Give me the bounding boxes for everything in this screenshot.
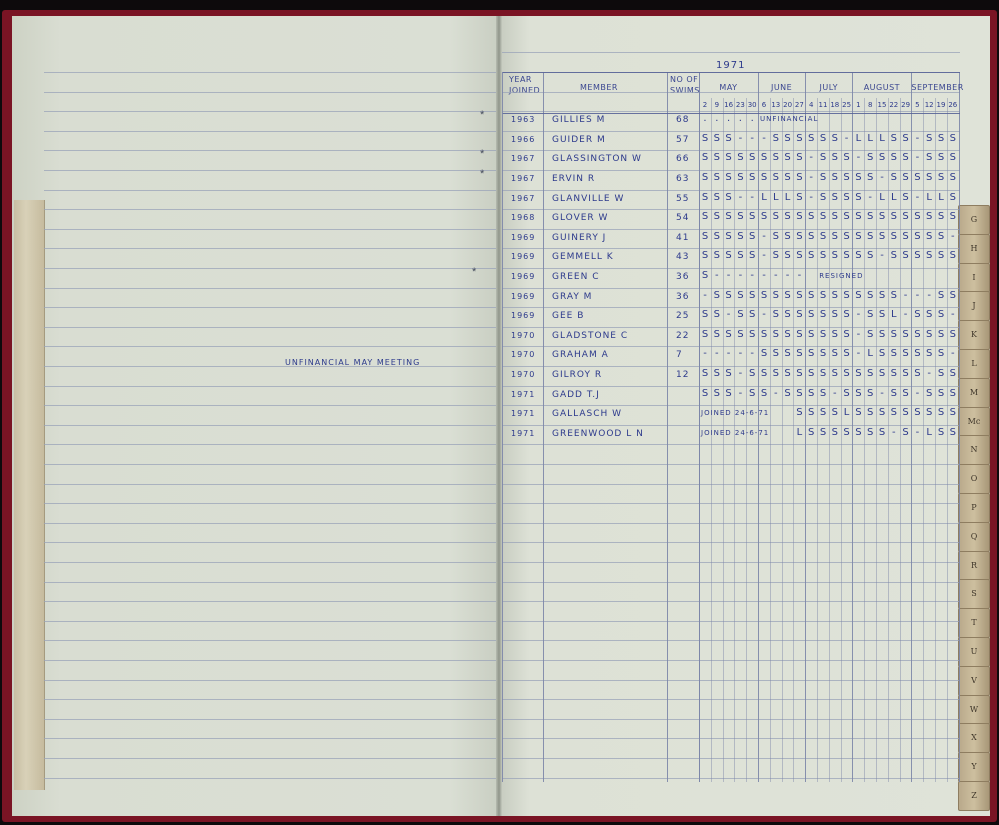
attendance-mark: S — [947, 172, 959, 183]
attendance-mark: S — [817, 231, 829, 242]
attendance-mark: S — [841, 388, 853, 399]
ruled-line — [502, 268, 960, 269]
attendance-mark: S — [935, 329, 947, 340]
attendance-mark: S — [923, 329, 935, 340]
year-joined: 1971 — [511, 429, 535, 438]
attendance-mark: S — [900, 231, 912, 242]
ruled-line — [44, 484, 496, 485]
date-label: 26 — [947, 101, 959, 109]
attendance-mark: S — [900, 211, 912, 222]
attendance-mark: S — [805, 231, 817, 242]
swim-count: 55 — [676, 194, 689, 204]
ruled-line — [502, 92, 960, 93]
ruled-line — [44, 229, 496, 230]
attendance-mark: S — [923, 250, 935, 261]
attendance-mark: S — [723, 152, 735, 163]
member-note: Joined 24-6-71 — [701, 429, 769, 437]
attendance-mark: S — [699, 329, 711, 340]
index-tab-v[interactable]: V — [958, 666, 990, 696]
ruled-line — [502, 52, 960, 53]
ruled-line — [44, 542, 496, 543]
attendance-mark: S — [782, 211, 794, 222]
attendance-mark: - — [770, 270, 782, 281]
attendance-mark: S — [864, 250, 876, 261]
swim-count: 22 — [676, 331, 689, 341]
attendance-mark: S — [876, 309, 888, 320]
member-name: Gillies M — [552, 115, 605, 125]
attendance-mark: - — [734, 270, 746, 281]
attendance-mark: S — [876, 368, 888, 379]
attendance-mark: S — [900, 250, 912, 261]
ruled-line — [44, 621, 496, 622]
ruled-line — [44, 170, 496, 171]
attendance-mark: S — [723, 250, 735, 261]
attendance-mark: S — [711, 290, 723, 301]
attendance-mark: - — [723, 348, 735, 359]
attendance-mark: S — [829, 211, 841, 222]
attendance-mark: S — [935, 231, 947, 242]
attendance-mark: - — [758, 270, 770, 281]
attendance-mark: S — [900, 192, 912, 203]
ruled-line — [502, 758, 960, 759]
swim-count: 54 — [676, 213, 689, 223]
attendance-mark: S — [699, 231, 711, 242]
attendance-mark: S — [734, 290, 746, 301]
attendance-mark: S — [841, 329, 853, 340]
attendance-mark: S — [793, 290, 805, 301]
attendance-mark: S — [947, 250, 959, 261]
attendance-mark: S — [782, 368, 794, 379]
date-label: 15 — [876, 101, 888, 109]
ruled-line — [502, 601, 960, 602]
ruled-line — [502, 425, 960, 426]
index-tab-mc[interactable]: Mc — [958, 407, 990, 437]
attendance-mark: S — [947, 290, 959, 301]
ledger-year: 1971 — [716, 60, 745, 71]
date-label: 19 — [935, 101, 947, 109]
attendance-mark: S — [829, 231, 841, 242]
attendance-mark: - — [746, 133, 758, 144]
grid-column-line — [543, 72, 544, 782]
attendance-mark: S — [900, 172, 912, 183]
attendance-mark: S — [829, 309, 841, 320]
index-tab-p[interactable]: P — [958, 493, 990, 523]
ruled-line — [44, 719, 496, 720]
attendance-mark: S — [935, 172, 947, 183]
attendance-mark: S — [852, 290, 864, 301]
attendance-mark: S — [841, 348, 853, 359]
attendance-mark: S — [793, 368, 805, 379]
attendance-mark: S — [852, 231, 864, 242]
attendance-mark: S — [699, 133, 711, 144]
member-name: Ervin R — [552, 174, 595, 184]
attendance-mark: S — [947, 427, 959, 438]
attendance-mark: S — [770, 172, 782, 183]
date-label: 2 — [699, 101, 711, 109]
ruled-line — [44, 327, 496, 328]
member-name: Gladstone C — [552, 331, 628, 341]
attendance-mark: S — [770, 231, 782, 242]
attendance-mark: S — [900, 427, 912, 438]
member-name: Glassington W — [552, 154, 642, 164]
attendance-mark: S — [841, 309, 853, 320]
attendance-mark: L — [864, 348, 876, 359]
date-label: 12 — [923, 101, 935, 109]
attendance-mark: - — [911, 133, 923, 144]
attendance-mark: S — [770, 290, 782, 301]
attendance-mark: S — [876, 329, 888, 340]
attendance-mark: S — [935, 152, 947, 163]
ruled-line — [44, 444, 496, 445]
attendance-mark: S — [711, 172, 723, 183]
attendance-mark: - — [947, 348, 959, 359]
attendance-mark: S — [734, 172, 746, 183]
ruled-line — [44, 778, 496, 779]
attendance-mark: S — [817, 348, 829, 359]
date-label: 16 — [723, 101, 735, 109]
year-joined: 1967 — [511, 154, 535, 163]
attendance-mark: S — [923, 407, 935, 418]
attendance-mark: - — [911, 290, 923, 301]
index-tab-r[interactable]: R — [958, 551, 990, 581]
year-joined: 1970 — [511, 370, 535, 379]
attendance-mark: S — [947, 388, 959, 399]
year-joined: 1968 — [511, 213, 535, 222]
attendance-mark: S — [841, 172, 853, 183]
ruled-line — [44, 131, 496, 132]
attendance-mark: S — [900, 152, 912, 163]
attendance-mark: S — [711, 309, 723, 320]
attendance-mark: S — [746, 152, 758, 163]
attendance-mark: S — [782, 388, 794, 399]
attendance-mark: S — [841, 152, 853, 163]
attendance-mark: S — [734, 309, 746, 320]
grid-column-line — [667, 72, 668, 782]
attendance-mark: - — [805, 192, 817, 203]
attendance-mark: S — [841, 211, 853, 222]
date-label: 6 — [758, 101, 770, 109]
member-note: Unfinancial — [760, 115, 818, 123]
attendance-mark: S — [852, 172, 864, 183]
swim-count: 7 — [676, 350, 683, 360]
year-joined: 1967 — [511, 174, 535, 183]
attendance-mark: - — [888, 427, 900, 438]
index-tab-i[interactable]: I — [958, 263, 990, 293]
ruled-line — [44, 464, 496, 465]
ruled-line — [502, 660, 960, 661]
attendance-mark: L — [923, 192, 935, 203]
attendance-mark: - — [876, 388, 888, 399]
date-label: 1 — [852, 101, 864, 109]
attendance-mark: S — [793, 348, 805, 359]
attendance-mark: - — [852, 348, 864, 359]
swim-count: 25 — [676, 311, 689, 321]
attendance-mark: S — [746, 231, 758, 242]
attendance-mark: - — [758, 250, 770, 261]
attendance-mark: S — [746, 329, 758, 340]
ruled-line — [502, 523, 960, 524]
ruled-line — [502, 131, 960, 132]
index-tab-z[interactable]: Z — [958, 781, 990, 811]
ruled-line — [502, 111, 960, 112]
attendance-mark: S — [888, 290, 900, 301]
attendance-mark: - — [876, 172, 888, 183]
attendance-mark: S — [852, 211, 864, 222]
attendance-mark: S — [817, 152, 829, 163]
index-tab-k[interactable]: K — [958, 320, 990, 350]
attendance-mark: S — [723, 290, 735, 301]
attendance-mark: S — [888, 407, 900, 418]
attendance-mark: L — [841, 407, 853, 418]
member-name: Greenwood L N — [552, 429, 644, 439]
attendance-mark: - — [805, 152, 817, 163]
index-tab-n[interactable]: N — [958, 435, 990, 465]
attendance-mark: L — [758, 192, 770, 203]
ruled-line — [502, 542, 960, 543]
attendance-mark: S — [911, 172, 923, 183]
attendance-mark: S — [758, 152, 770, 163]
attendance-mark: L — [888, 192, 900, 203]
ruled-line — [44, 680, 496, 681]
attendance-mark: S — [841, 231, 853, 242]
attendance-mark: S — [782, 152, 794, 163]
date-label: 30 — [746, 101, 758, 109]
attendance-mark: S — [911, 231, 923, 242]
attendance-mark: - — [900, 309, 912, 320]
attendance-mark: S — [911, 368, 923, 379]
year-joined: 1963 — [511, 115, 535, 124]
month-label-august: August — [852, 83, 911, 92]
attendance-mark: S — [829, 290, 841, 301]
attendance-mark: S — [711, 152, 723, 163]
member-name: Gadd T.J — [552, 390, 600, 400]
attendance-mark: S — [723, 172, 735, 183]
attendance-mark: S — [734, 250, 746, 261]
ruled-line — [502, 346, 960, 347]
date-label: 8 — [864, 101, 876, 109]
attendance-mark: - — [746, 270, 758, 281]
index-tab-j[interactable]: J — [958, 291, 990, 321]
attendance-mark: S — [900, 407, 912, 418]
attendance-mark: - — [947, 231, 959, 242]
date-label: 5 — [911, 101, 923, 109]
attendance-mark: S — [723, 211, 735, 222]
attendance-mark: S — [746, 211, 758, 222]
attendance-mark: S — [699, 368, 711, 379]
attendance-mark: S — [829, 348, 841, 359]
index-tab-g[interactable]: G — [958, 205, 990, 235]
attendance-mark: S — [935, 368, 947, 379]
index-tab-t[interactable]: T — [958, 608, 990, 638]
attendance-mark: S — [758, 290, 770, 301]
attendance-mark: S — [782, 231, 794, 242]
attendance-mark: S — [841, 368, 853, 379]
attendance-mark: - — [923, 368, 935, 379]
attendance-mark: S — [935, 407, 947, 418]
attendance-mark: - — [734, 133, 746, 144]
attendance-mark: S — [888, 329, 900, 340]
attendance-mark: S — [923, 211, 935, 222]
attendance-mark: S — [923, 172, 935, 183]
attendance-mark: S — [805, 290, 817, 301]
attendance-mark: - — [734, 192, 746, 203]
attendance-mark: S — [723, 388, 735, 399]
date-label: 29 — [900, 101, 912, 109]
attendance-mark: - — [793, 270, 805, 281]
member-name: Gee B — [552, 311, 584, 321]
swim-count: 63 — [676, 174, 689, 184]
ruled-line — [502, 719, 960, 720]
attendance-mark: S — [935, 250, 947, 261]
attendance-mark: S — [817, 133, 829, 144]
ruled-line — [44, 288, 496, 289]
attendance-mark: - — [852, 152, 864, 163]
ruled-line — [502, 229, 960, 230]
attendance-mark: S — [864, 211, 876, 222]
page-stack-edge — [14, 200, 45, 790]
attendance-mark: S — [793, 231, 805, 242]
ruled-line — [502, 307, 960, 308]
attendance-mark: S — [841, 427, 853, 438]
attendance-mark: S — [805, 407, 817, 418]
attendance-mark: S — [900, 348, 912, 359]
attendance-mark: S — [876, 427, 888, 438]
attendance-mark: S — [817, 309, 829, 320]
attendance-mark: - — [900, 290, 912, 301]
year-joined: 1971 — [511, 409, 535, 418]
index-tab-l[interactable]: L — [958, 349, 990, 379]
ruled-line — [502, 366, 960, 367]
attendance-mark: S — [758, 329, 770, 340]
index-tab-h[interactable]: H — [958, 234, 990, 264]
attendance-mark: S — [864, 309, 876, 320]
month-label-september: September — [911, 83, 958, 92]
attendance-mark: S — [770, 250, 782, 261]
attendance-mark: L — [876, 192, 888, 203]
attendance-mark: - — [723, 270, 735, 281]
attendance-mark: S — [805, 329, 817, 340]
index-tab-w[interactable]: W — [958, 695, 990, 725]
year-joined: 1971 — [511, 390, 535, 399]
attendance-mark: - — [947, 309, 959, 320]
attendance-mark: - — [723, 309, 735, 320]
attendance-mark: S — [793, 309, 805, 320]
member-name: Gilroy R — [552, 370, 602, 380]
member-note: Joined 24-6-71 — [701, 409, 769, 417]
attendance-mark: S — [935, 348, 947, 359]
attendance-mark: - — [770, 388, 782, 399]
index-tab-q[interactable]: Q — [958, 522, 990, 552]
attendance-mark: S — [793, 172, 805, 183]
attendance-mark: S — [935, 211, 947, 222]
attendance-mark: S — [888, 348, 900, 359]
attendance-mark: S — [864, 231, 876, 242]
attendance-mark: S — [852, 250, 864, 261]
attendance-mark: S — [711, 133, 723, 144]
attendance-mark: S — [888, 211, 900, 222]
member-name: Green C — [552, 272, 599, 282]
index-tab-o[interactable]: O — [958, 464, 990, 494]
attendance-mark: S — [888, 133, 900, 144]
swim-count: 36 — [676, 292, 689, 302]
ruled-line — [502, 444, 960, 445]
member-name: Glanville W — [552, 194, 624, 204]
attendance-mark: S — [829, 407, 841, 418]
attendance-mark: S — [864, 407, 876, 418]
attendance-mark: S — [734, 152, 746, 163]
ruled-line — [44, 111, 496, 112]
asterisk-mark: * — [472, 266, 476, 278]
attendance-mark: S — [711, 231, 723, 242]
attendance-mark: . — [723, 113, 735, 124]
date-label: 13 — [770, 101, 782, 109]
date-label: 18 — [829, 101, 841, 109]
attendance-mark: S — [841, 250, 853, 261]
year-joined: 1966 — [511, 135, 535, 144]
ruled-line — [44, 268, 496, 269]
attendance-mark: S — [793, 211, 805, 222]
attendance-mark: - — [711, 270, 723, 281]
attendance-mark: - — [829, 388, 841, 399]
attendance-mark: S — [817, 211, 829, 222]
index-tab-y[interactable]: Y — [958, 752, 990, 782]
index-tab-x[interactable]: X — [958, 723, 990, 753]
ruled-line — [44, 92, 496, 93]
ruled-line — [502, 209, 960, 210]
attendance-mark: S — [888, 388, 900, 399]
attendance-mark: S — [923, 309, 935, 320]
attendance-mark: S — [923, 231, 935, 242]
ruled-line — [502, 738, 960, 739]
ruled-line — [502, 582, 960, 583]
swim-count: 41 — [676, 233, 689, 243]
attendance-mark: S — [923, 133, 935, 144]
attendance-mark: S — [723, 192, 735, 203]
attendance-mark: S — [711, 250, 723, 261]
attendance-mark: S — [746, 368, 758, 379]
date-label: 11 — [817, 101, 829, 109]
ruled-line — [44, 503, 496, 504]
ruled-line — [44, 366, 496, 367]
year-joined: 1969 — [511, 252, 535, 261]
attendance-mark: S — [947, 368, 959, 379]
attendance-mark: - — [746, 192, 758, 203]
member-name: Guinery J — [552, 233, 606, 243]
attendance-mark: S — [770, 133, 782, 144]
index-tab-u[interactable]: U — [958, 637, 990, 667]
asterisk-mark: * — [480, 148, 484, 160]
attendance-mark: S — [817, 172, 829, 183]
index-tab-m[interactable]: M — [958, 378, 990, 408]
attendance-mark: S — [864, 368, 876, 379]
attendance-mark: S — [911, 250, 923, 261]
attendance-mark: S — [947, 152, 959, 163]
ruled-line — [502, 484, 960, 485]
ruled-line — [44, 601, 496, 602]
swim-count: 12 — [676, 370, 689, 380]
attendance-mark: S — [817, 290, 829, 301]
ruled-line — [502, 150, 960, 151]
grid-column-line — [959, 72, 960, 782]
ruled-line — [502, 640, 960, 641]
attendance-mark: S — [793, 250, 805, 261]
attendance-mark: - — [734, 388, 746, 399]
attendance-mark: S — [782, 348, 794, 359]
index-tab-s[interactable]: S — [958, 579, 990, 609]
attendance-mark: S — [770, 368, 782, 379]
attendance-mark: L — [864, 133, 876, 144]
attendance-mark: S — [793, 133, 805, 144]
